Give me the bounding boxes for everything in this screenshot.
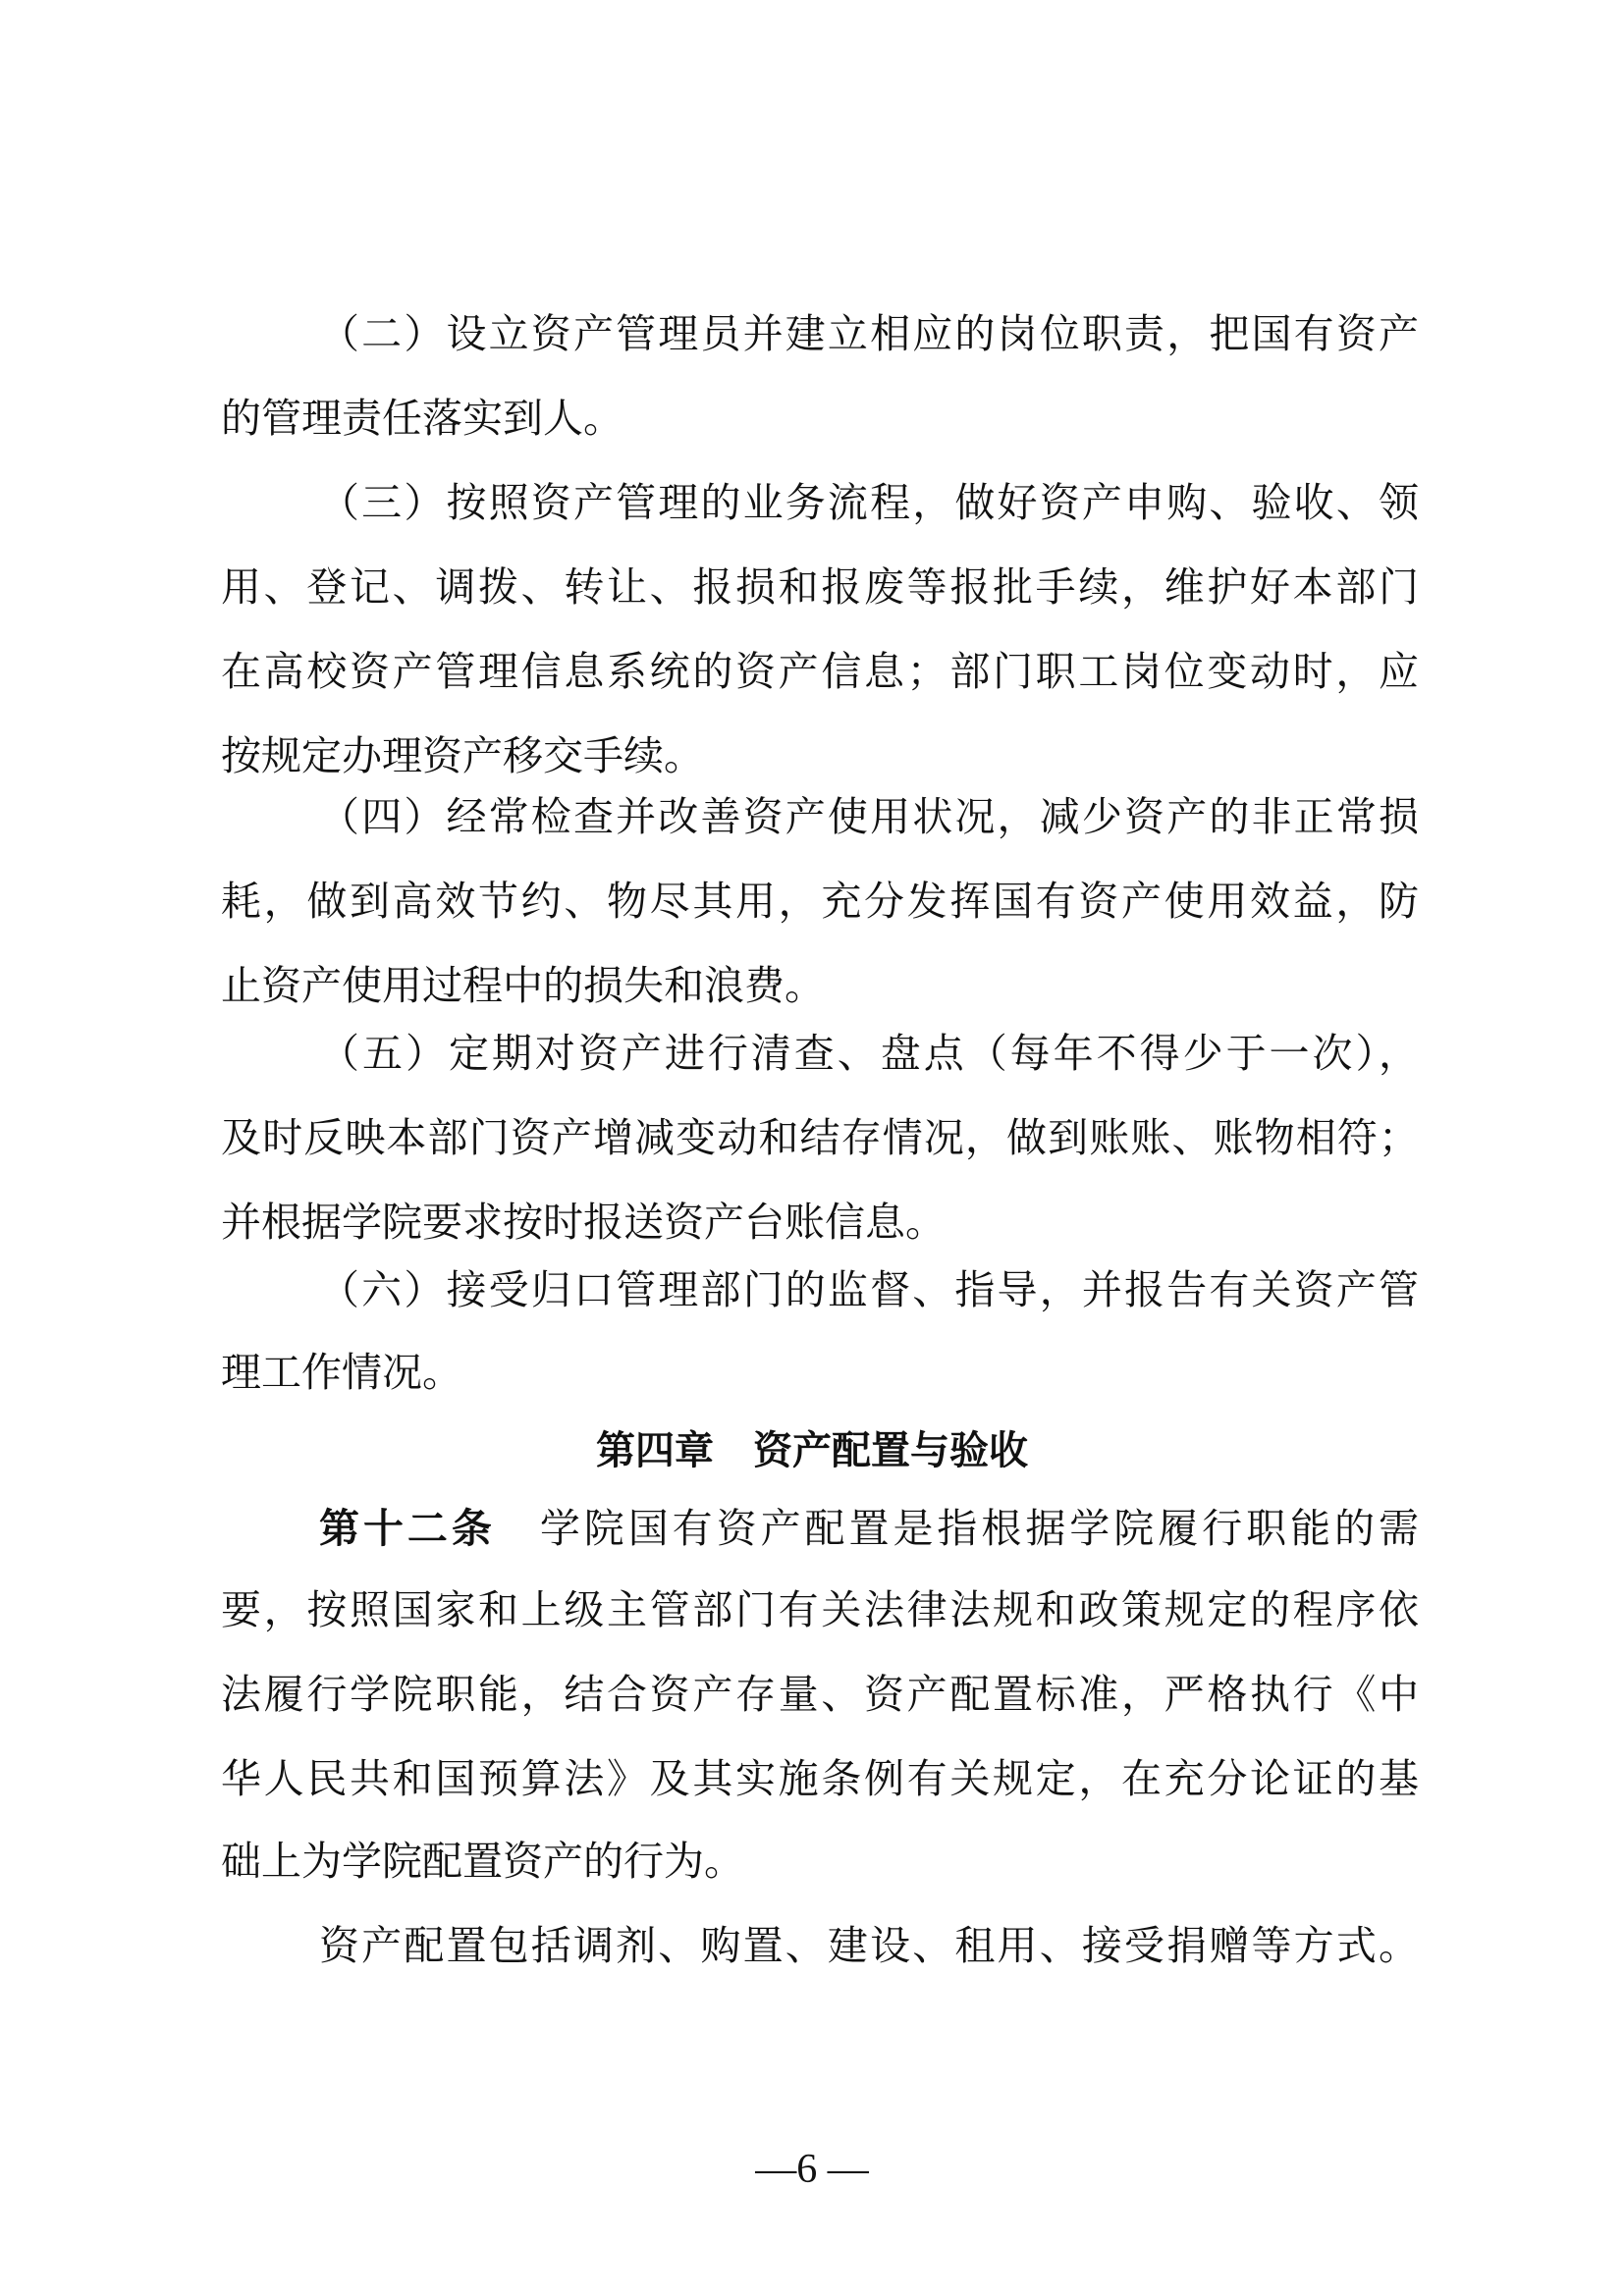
item-5-line-2: 及时反映本部门资产增减变动和结存情况，做到账账、账物相符；	[221, 1108, 1419, 1167]
item-5-line-3: 并根据学院要求按时报送资产台账信息。	[221, 1193, 1419, 1252]
item-3-line-3: 在高校资产管理信息系统的资产信息；部门职工岗位变动时，应	[221, 642, 1419, 701]
article-12-line-1: 第十二条 学院国有资产配置是指根据学院履行职能的需	[319, 1499, 1419, 1558]
item-4-line-1: （四）经常检查并改善资产使用状况，减少资产的非正常损	[319, 787, 1419, 846]
item-4-line-3: 止资产使用过程中的损失和浪费。	[221, 956, 1419, 1015]
article-12-text-1: 学院国有资产配置是指根据学院履行职能的需	[540, 1505, 1419, 1552]
allocation-methods-paragraph: 资产配置包括调剂、购置、建设、租用、接受捐赠等方式。	[319, 1916, 1419, 1975]
item-3-line-4: 按规定办理资产移交手续。	[221, 726, 1419, 785]
item-6-line-1: （六）接受归口管理部门的监督、指导，并报告有关资产管	[319, 1260, 1419, 1319]
item-4-line-2: 耗，做到高效节约、物尽其用，充分发挥国有资产使用效益，防	[221, 872, 1419, 931]
item-3-line-1: （三）按照资产管理的业务流程，做好资产申购、验收、领	[319, 473, 1419, 532]
article-12-line-2: 要，按照国家和上级主管部门有关法律法规和政策规定的程序依	[221, 1580, 1419, 1639]
document-page: （二）设立资产管理员并建立相应的岗位职责，把国有资产 的管理责任落实到人。 （三…	[0, 0, 1624, 2296]
article-12-line-4: 华人民共和国预算法》及其实施条例有关规定，在充分论证的基	[221, 1749, 1419, 1808]
item-2-line-1: （二）设立资产管理员并建立相应的岗位职责，把国有资产	[319, 304, 1419, 363]
article-12-line-5: 础上为学院配置资产的行为。	[221, 1832, 1419, 1891]
article-12-label: 第十二条	[319, 1505, 496, 1552]
chapter-heading: 第四章 资产配置与验收	[0, 1421, 1624, 1480]
item-6-line-2: 理工作情况。	[221, 1343, 1419, 1402]
item-2-line-2: 的管理责任落实到人。	[221, 389, 1419, 448]
article-12-line-3: 法履行学院职能，结合资产存量、资产配置标准，严格执行《中	[221, 1665, 1419, 1724]
item-5-line-1: （五）定期对资产进行清查、盘点（每年不得少于一次），	[319, 1024, 1419, 1083]
page-number: —6 —	[0, 2140, 1624, 2199]
item-3-line-2: 用、登记、调拨、转让、报损和报废等报批手续，维护好本部门	[221, 558, 1419, 616]
